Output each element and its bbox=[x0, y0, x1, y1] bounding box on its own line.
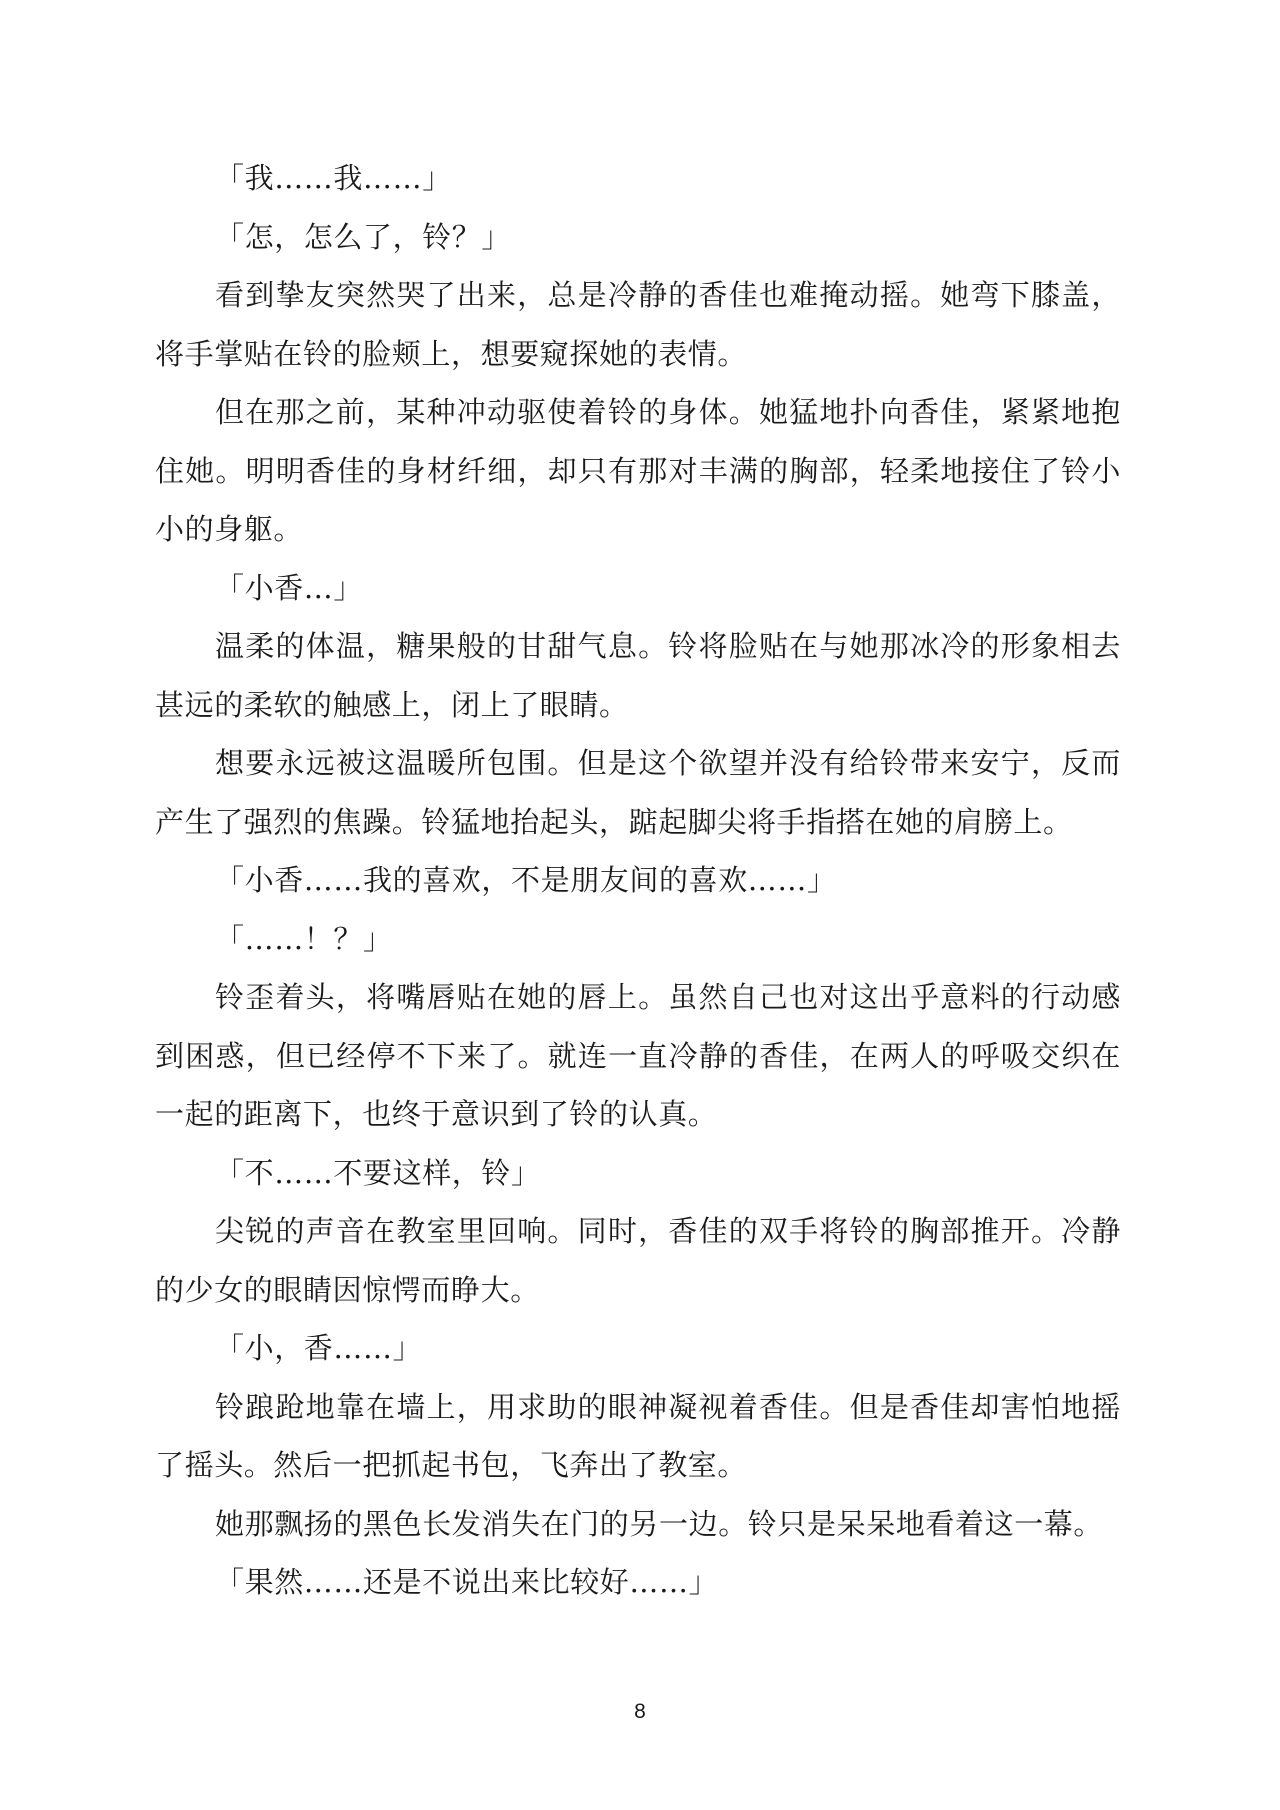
paragraph: 铃踉跄地靠在墙上，用求助的眼神凝视着香佳。但是香佳却害怕地摇了摇头。然后一把抓起… bbox=[155, 1378, 1121, 1495]
paragraph: 「果然……还是不说出来比较好……」 bbox=[155, 1553, 1121, 1612]
paragraph: 她那飘扬的黑色长发消失在门的另一边。铃只是呆呆地看着这一幕。 bbox=[155, 1495, 1121, 1554]
paragraph: 「小，香……」 bbox=[155, 1319, 1121, 1378]
page-number: 8 bbox=[0, 1700, 1280, 1724]
paragraph: 「不……不要这样，铃」 bbox=[155, 1144, 1121, 1203]
paragraph: 「……！？」 bbox=[155, 910, 1121, 969]
paragraph: 铃歪着头，将嘴唇贴在她的唇上。虽然自己也对这出乎意料的行动感到困惑，但已经停不下… bbox=[155, 968, 1121, 1144]
document-page: 「我……我……」 「怎，怎么了，铃？」 看到挚友突然哭了出来，总是冷静的香佳也难… bbox=[0, 0, 1280, 1810]
paragraph: 「小香…」 bbox=[155, 559, 1121, 618]
paragraph: 「我……我……」 bbox=[155, 149, 1121, 208]
body-text: 「我……我……」 「怎，怎么了，铃？」 看到挚友突然哭了出来，总是冷静的香佳也难… bbox=[155, 149, 1121, 1612]
paragraph: 尖锐的声音在教室里回响。同时，香佳的双手将铃的胸部推开。冷静的少女的眼睛因惊愕而… bbox=[155, 1202, 1121, 1319]
paragraph: 看到挚友突然哭了出来，总是冷静的香佳也难掩动摇。她弯下膝盖，将手掌贴在铃的脸颊上… bbox=[155, 266, 1121, 383]
paragraph: 「小香……我的喜欢，不是朋友间的喜欢……」 bbox=[155, 851, 1121, 910]
paragraph: 「怎，怎么了，铃？」 bbox=[155, 208, 1121, 267]
paragraph: 想要永远被这温暖所包围。但是这个欲望并没有给铃带来安宁，反而产生了强烈的焦躁。铃… bbox=[155, 734, 1121, 851]
paragraph: 但在那之前，某种冲动驱使着铃的身体。她猛地扑向香佳，紧紧地抱住她。明明香佳的身材… bbox=[155, 383, 1121, 559]
paragraph: 温柔的体温，糖果般的甘甜气息。铃将脸贴在与她那冰冷的形象相去甚远的柔软的触感上，… bbox=[155, 617, 1121, 734]
